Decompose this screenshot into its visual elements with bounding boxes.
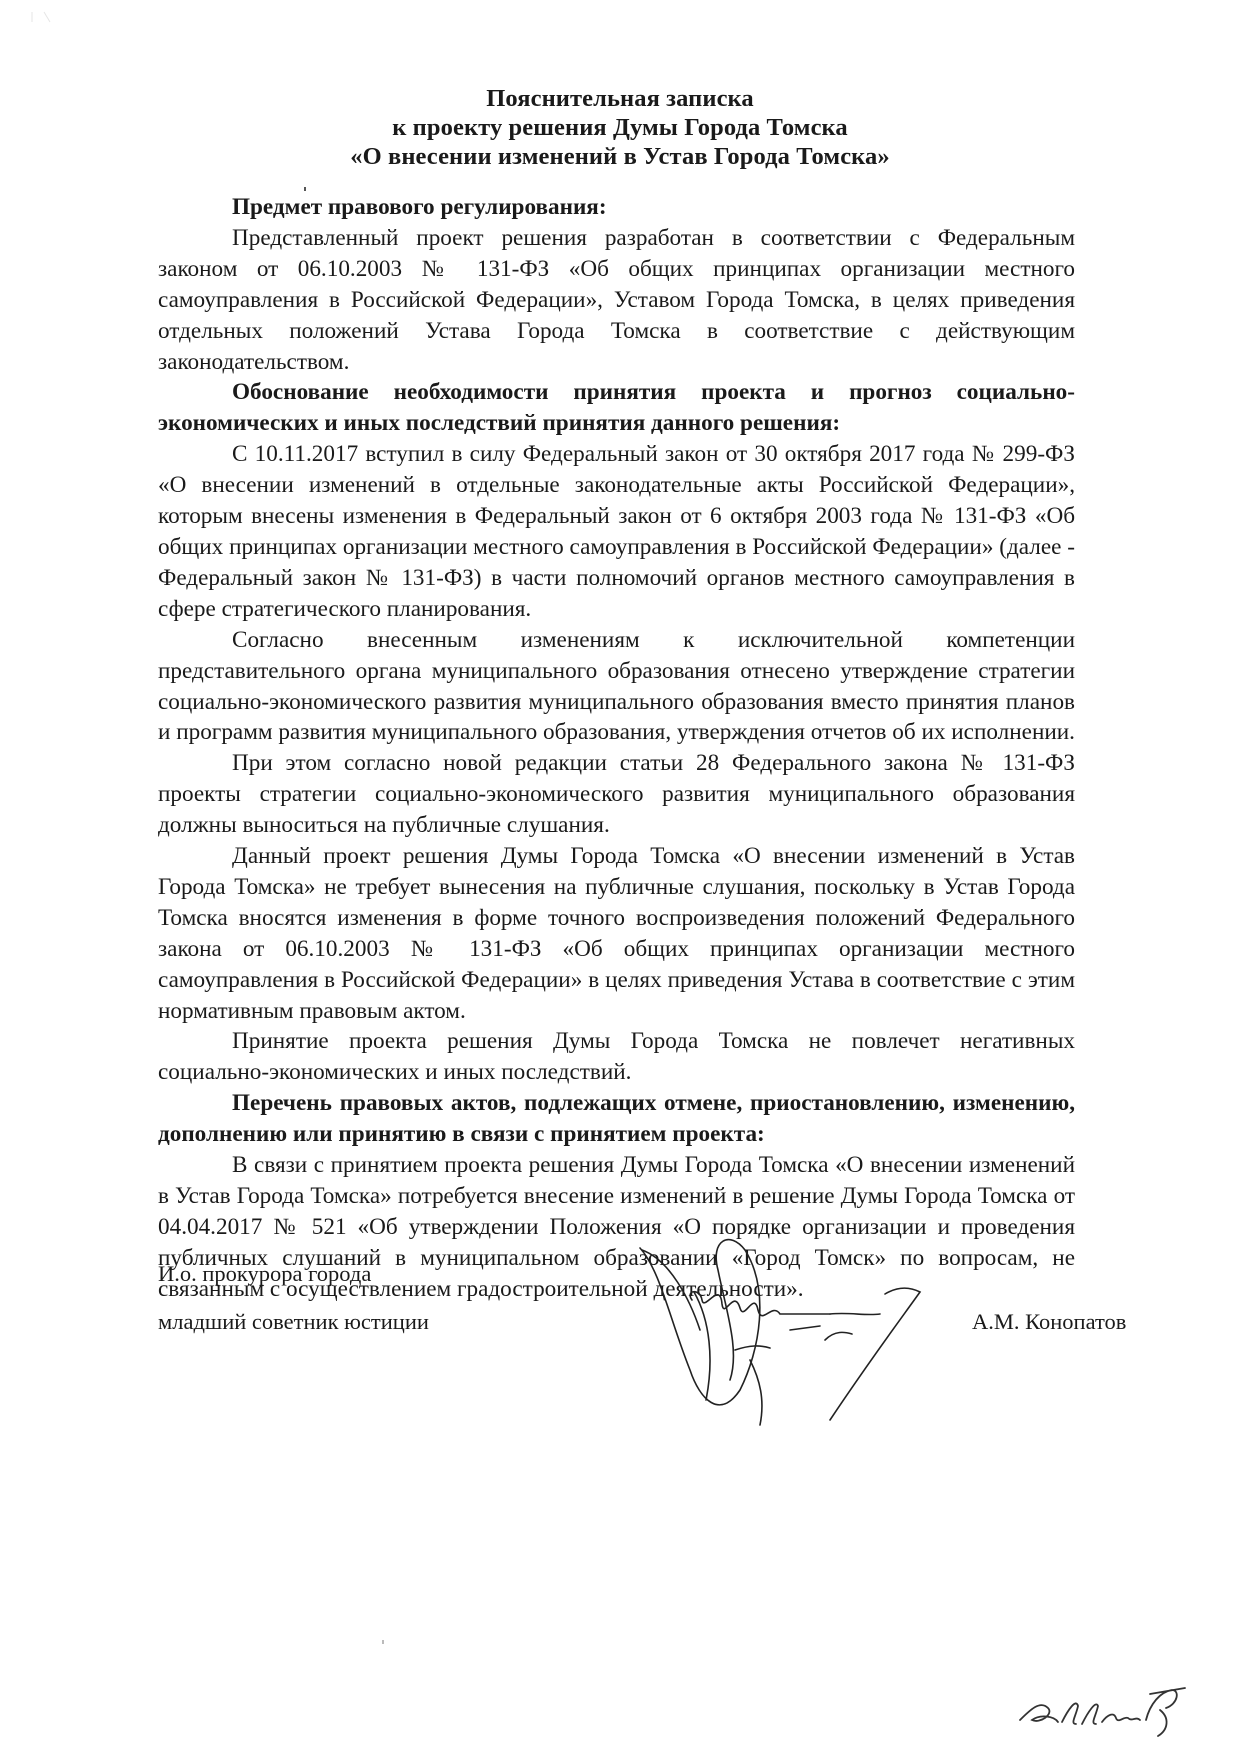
- paragraph-public-hearings: Данный проект решения Думы Города Томска…: [158, 841, 1075, 1026]
- title-line-2: к проекту решения Думы Города Томска: [0, 113, 1240, 142]
- paragraph-law-299: С 10.11.2017 вступил в силу Федеральный …: [158, 439, 1075, 624]
- paragraph-article-28: При этом согласно новой редакции статьи …: [158, 748, 1075, 841]
- title-line-3: «О внесении изменений в Устав Города Том…: [0, 142, 1240, 171]
- scan-dot-bottom: [382, 1640, 384, 1644]
- signer-name: А.М. Конопатов: [972, 1309, 1126, 1335]
- paragraph-competence: Согласно внесенным изменениям к исключит…: [158, 625, 1075, 749]
- document-page: Пояснительная записка к проекту решения …: [0, 0, 1240, 1753]
- scan-dot: [304, 187, 306, 191]
- signer-position: И.о. прокурора города: [158, 1261, 371, 1287]
- section-heading-subject: Предмет правового регулирования:: [158, 192, 1075, 223]
- handwritten-initials-icon: [1010, 1670, 1200, 1740]
- signer-rank: младший советник юстиции: [158, 1309, 429, 1335]
- handwritten-signature-icon: [630, 1230, 990, 1430]
- section-heading-legal-acts: Перечень правовых актов, подлежащих отме…: [158, 1088, 1075, 1150]
- section-heading-justification: Обоснование необходимости принятия проек…: [158, 377, 1075, 439]
- scan-artifact-icon: [28, 10, 68, 24]
- document-title: Пояснительная записка к проекту решения …: [0, 84, 1240, 171]
- title-line-1: Пояснительная записка: [0, 84, 1240, 113]
- paragraph-subject: Представленный проект решения разработан…: [158, 223, 1075, 378]
- paragraph-consequences: Принятие проекта решения Думы Города Том…: [158, 1026, 1075, 1088]
- document-body: Предмет правового регулирования: Предста…: [158, 192, 1075, 1305]
